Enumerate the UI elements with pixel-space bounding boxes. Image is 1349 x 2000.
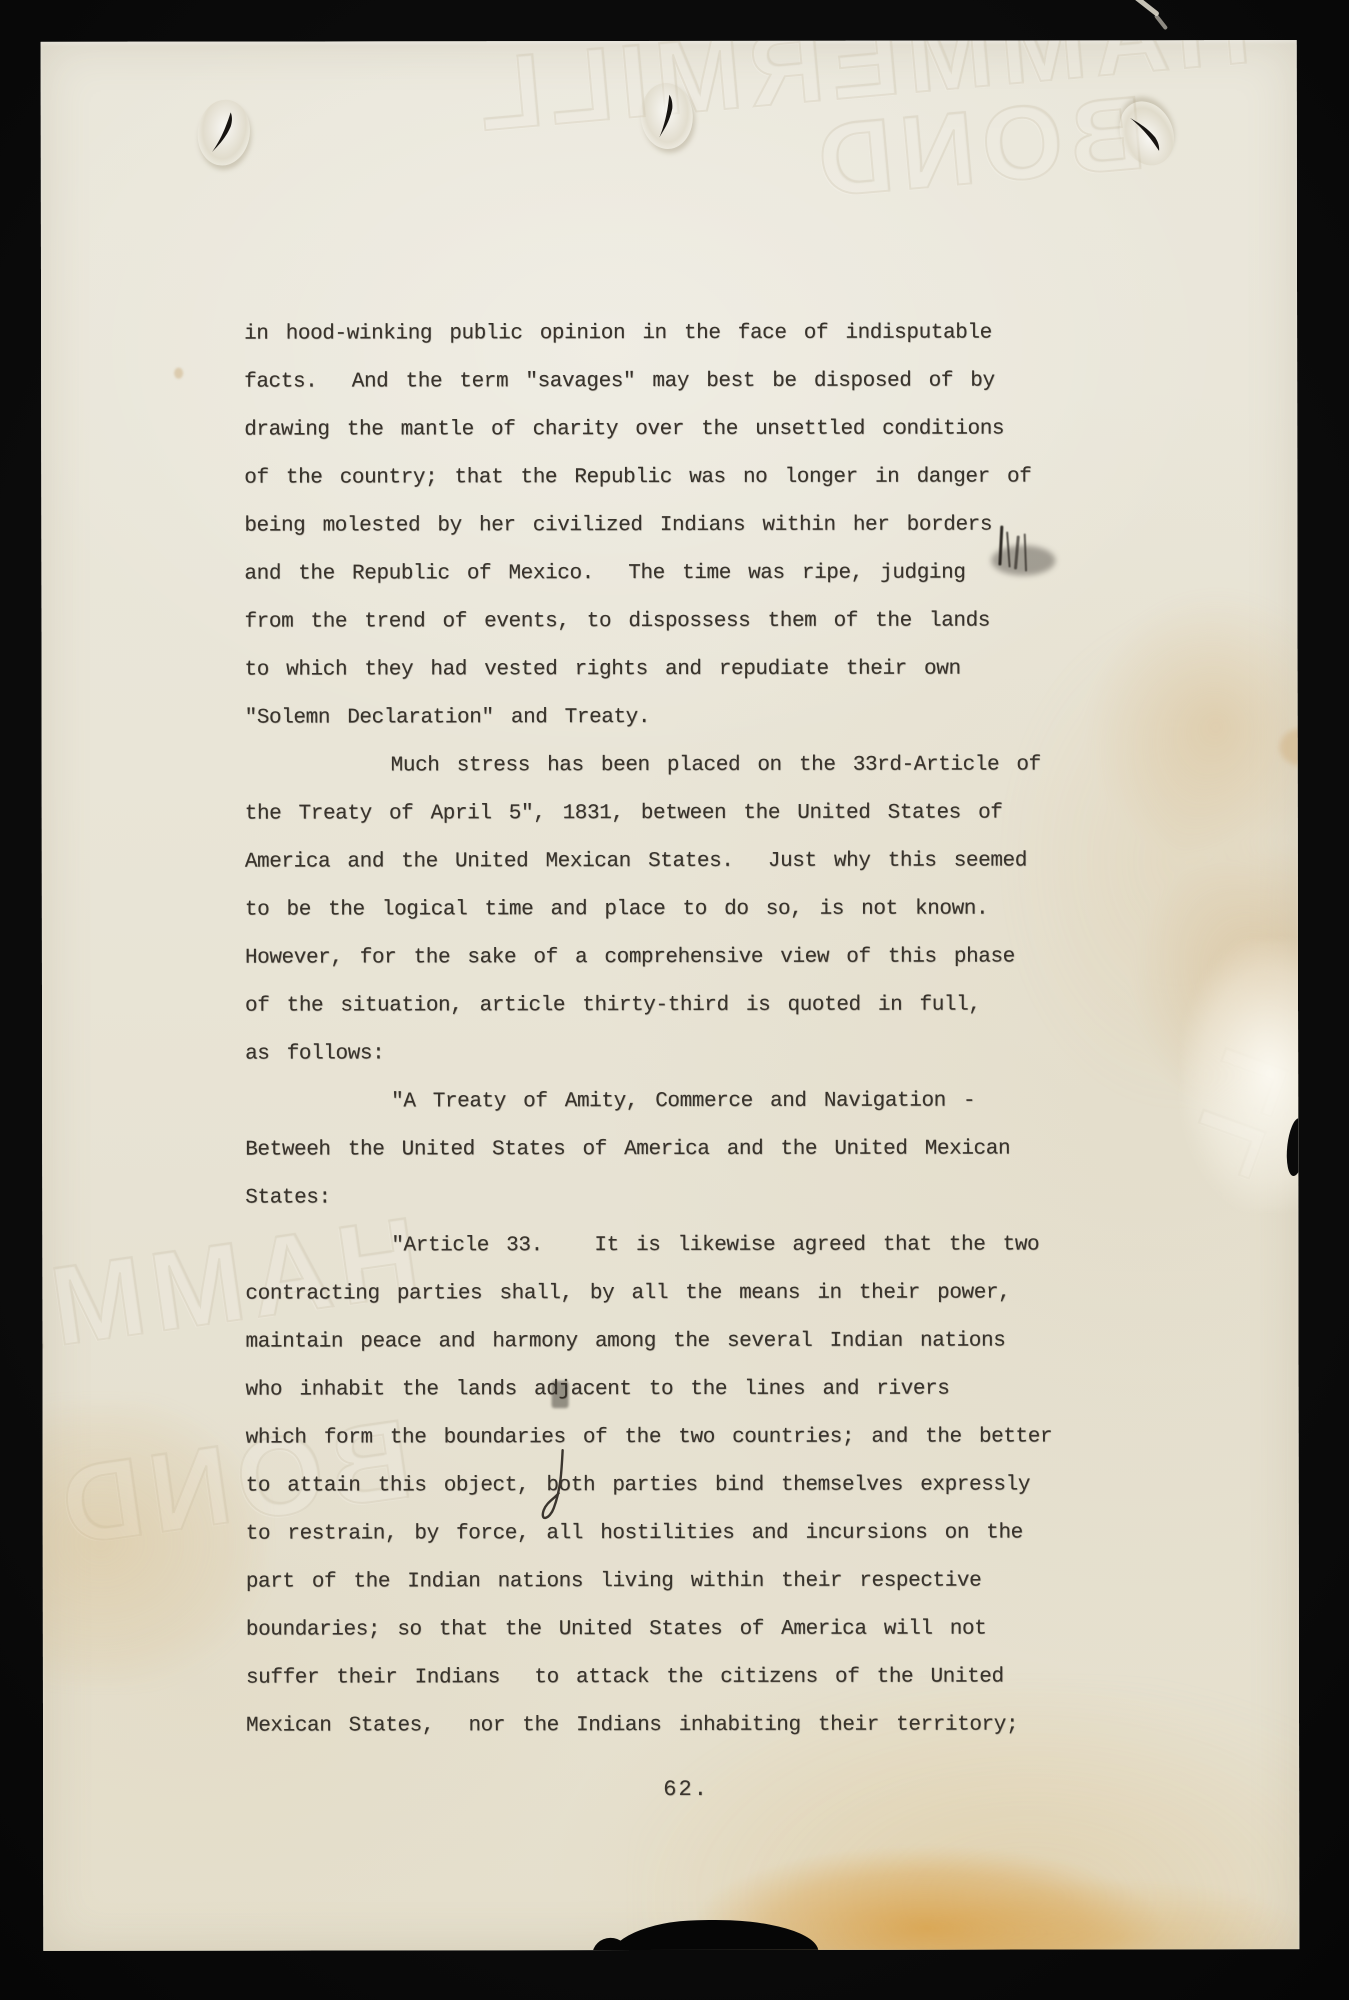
text-line: maintain peace and harmony among the sev…	[245, 1317, 1255, 1366]
text-line: States:	[245, 1173, 1255, 1222]
typewritten-text: in hood-winking public opinion in the fa…	[244, 309, 1256, 1750]
paper-tear	[1110, 93, 1184, 174]
text-line: being molested by her civilized Indians …	[244, 501, 1254, 550]
tear-mark-icon	[1120, 103, 1173, 163]
text-line: "A Treaty of Amity, Commerce and Navigat…	[245, 1077, 1255, 1126]
typed-overstrike-mark	[552, 1381, 569, 1408]
edge-notch	[1284, 1117, 1299, 1177]
text-line: Much stress has been placed on the 33rd-…	[245, 741, 1255, 790]
tear-mark-icon	[203, 105, 246, 159]
text-line: However, for the sake of a comprehensive…	[245, 933, 1255, 982]
text-line: from the trend of events, to dispossess …	[244, 597, 1254, 646]
text-line: the Treaty of April 5", 1831, between th…	[245, 789, 1255, 838]
paper-tear	[638, 81, 695, 151]
page-number: 62.	[43, 1776, 1299, 1803]
document-page: HAMMERMILL BOND HAMMERMILL BOND LL	[41, 40, 1300, 1951]
text-line: which form the boundaries of the two cou…	[246, 1413, 1256, 1462]
paper-chip-debris	[1130, 0, 1160, 17]
tear-mark-icon	[647, 90, 686, 142]
text-line: Mexican States, nor the Indians inhabiti…	[246, 1701, 1256, 1750]
text-line: in hood-winking public opinion in the fa…	[244, 309, 1254, 358]
text-line: "Solemn Declaration" and Treaty.	[245, 693, 1255, 742]
paper-tear	[193, 96, 254, 169]
stain-speck	[1280, 728, 1300, 766]
torn-hole	[608, 1918, 819, 1951]
text-line: to restrain, by force, all hostilities a…	[246, 1509, 1256, 1558]
paper-chip-debris	[1154, 14, 1168, 31]
text-line: as follows:	[245, 1029, 1255, 1078]
text-line: drawing the mantle of charity over the u…	[244, 405, 1254, 454]
watermark-bond-top: BOND	[806, 74, 1149, 222]
text-line: Betweeh the United States of America and…	[245, 1125, 1255, 1174]
text-line: to be the logical time and place to do s…	[245, 885, 1255, 934]
text-line: contracting parties shall, by all the me…	[245, 1269, 1255, 1318]
text-line: of the country; that the Republic was no…	[244, 453, 1254, 502]
text-line: boundaries; so that the United States of…	[246, 1605, 1256, 1654]
text-line: facts. And the term "savages" may best b…	[244, 357, 1254, 406]
stain-speck	[174, 368, 183, 379]
text-line: part of the Indian nations living within…	[246, 1557, 1256, 1606]
text-line: "Article 33. It is likewise agreed that …	[245, 1221, 1255, 1270]
text-line: who inhabit the lands adjacent to the li…	[246, 1365, 1256, 1414]
text-line: and the Republic of Mexico. The time was…	[244, 549, 1254, 598]
handwritten-j-correction	[541, 1446, 575, 1532]
text-line: to attain this object, both parties bind…	[246, 1461, 1256, 1510]
stain-left-edge	[41, 1398, 269, 1688]
text-line: of the situation, article thirty-third i…	[245, 981, 1255, 1030]
text-line: suffer their Indians to attack the citiz…	[246, 1653, 1256, 1702]
scan-background: HAMMERMILL BOND HAMMERMILL BOND LL	[0, 0, 1349, 2000]
text-line: America and the United Mexican States. J…	[245, 837, 1255, 886]
text-line: to which they had vested rights and repu…	[245, 645, 1255, 694]
